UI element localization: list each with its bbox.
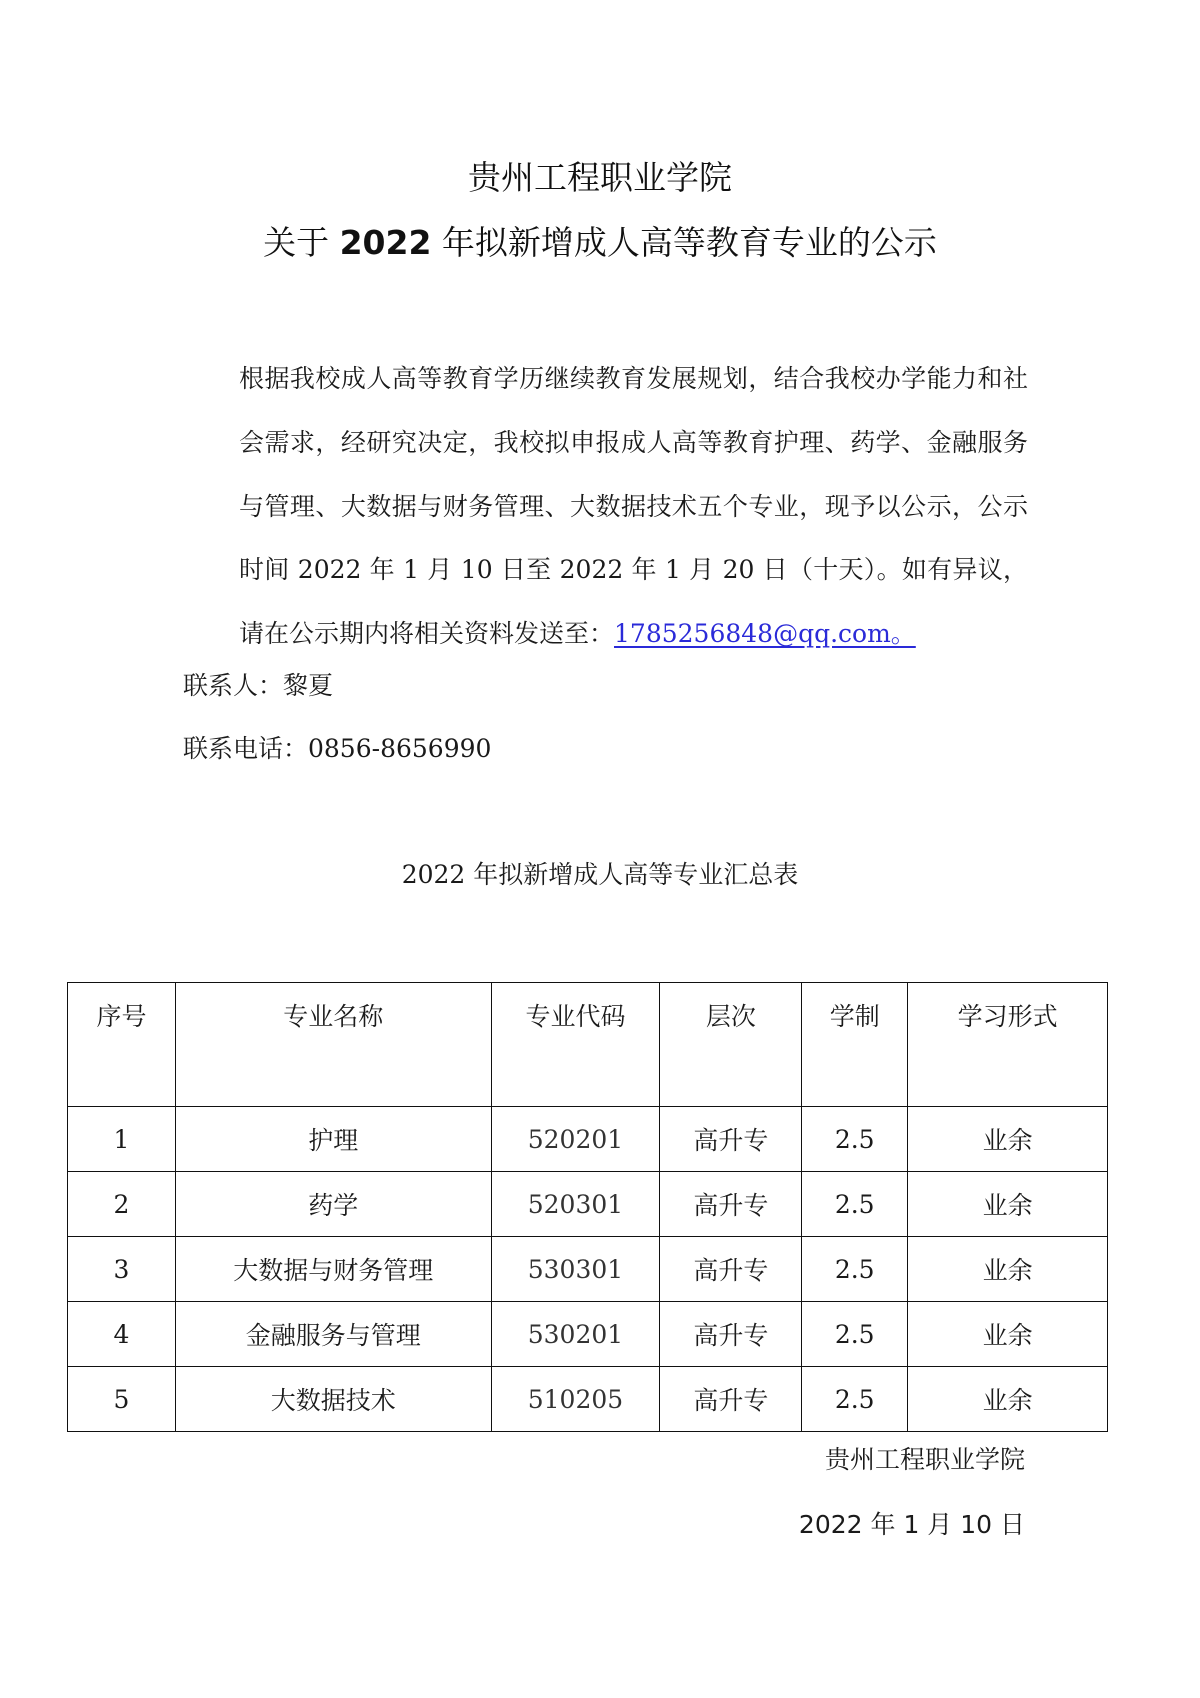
contact-person: 联系人：黎夏: [183, 666, 333, 706]
contact-phone: 联系电话：0856-8656990: [183, 729, 491, 769]
table-caption: 2022 年拟新增成人高等专业汇总表: [0, 855, 1200, 895]
cell-level: 高升专: [660, 1367, 802, 1432]
notice-document: 贵州工程职业学院 关于 2022 年拟新增成人高等教育专业的公示 根据我校成人高…: [0, 0, 1200, 1698]
cell-index: 1: [68, 1107, 176, 1172]
cell-index: 5: [68, 1367, 176, 1432]
table-row: 4 金融服务与管理 530201 高升专 2.5 业余: [68, 1302, 1108, 1367]
document-title-subject: 关于 2022 年拟新增成人高等教育专业的公示: [0, 223, 1200, 263]
cell-major-name: 大数据与财务管理: [175, 1237, 491, 1302]
cell-level: 高升专: [660, 1172, 802, 1237]
signature-date: 2022 年 1 月 10 日: [799, 1505, 1025, 1545]
cell-major-name: 金融服务与管理: [175, 1302, 491, 1367]
title-prefix: 关于: [263, 223, 340, 262]
cell-study-mode: 业余: [908, 1367, 1108, 1432]
cell-index: 4: [68, 1302, 176, 1367]
majors-summary-table: 序号 专业名称 专业代码 层次 学制 学习形式 1 护理 520201 高升专 …: [67, 982, 1108, 1432]
signature-organization: 贵州工程职业学院: [825, 1440, 1025, 1480]
cell-major-name: 护理: [175, 1107, 491, 1172]
title-year: 2022: [340, 223, 432, 262]
cell-study-mode: 业余: [908, 1172, 1108, 1237]
title-suffix: 年拟新增成人高等教育专业的公示: [431, 223, 937, 262]
cell-duration: 2.5: [802, 1172, 908, 1237]
column-header-major-code: 专业代码: [491, 983, 660, 1107]
cell-major-name: 药学: [175, 1172, 491, 1237]
table-row: 5 大数据技术 510205 高升专 2.5 业余: [68, 1367, 1108, 1432]
column-header-major-name: 专业名称: [175, 983, 491, 1107]
cell-level: 高升专: [660, 1237, 802, 1302]
table-row: 2 药学 520301 高升专 2.5 业余: [68, 1172, 1108, 1237]
notice-body: 根据我校成人高等教育学历继续教育发展规划，结合我校办学能力和社会需求，经研究决定…: [183, 347, 1028, 666]
document-title-institution: 贵州工程职业学院: [0, 158, 1200, 198]
cell-study-mode: 业余: [908, 1237, 1108, 1302]
cell-duration: 2.5: [802, 1237, 908, 1302]
cell-major-code: 520301: [491, 1172, 660, 1237]
cell-duration: 2.5: [802, 1367, 908, 1432]
cell-level: 高升专: [660, 1107, 802, 1172]
cell-major-name: 大数据技术: [175, 1367, 491, 1432]
cell-major-code: 520201: [491, 1107, 660, 1172]
table-row: 3 大数据与财务管理 530301 高升专 2.5 业余: [68, 1237, 1108, 1302]
table-row: 1 护理 520201 高升专 2.5 业余: [68, 1107, 1108, 1172]
cell-major-code: 530301: [491, 1237, 660, 1302]
cell-duration: 2.5: [802, 1302, 908, 1367]
cell-level: 高升专: [660, 1302, 802, 1367]
cell-index: 2: [68, 1172, 176, 1237]
notice-paragraph: 根据我校成人高等教育学历继续教育发展规划，结合我校办学能力和社会需求，经研究决定…: [183, 347, 1028, 666]
cell-duration: 2.5: [802, 1107, 908, 1172]
column-header-index: 序号: [68, 983, 176, 1107]
cell-study-mode: 业余: [908, 1107, 1108, 1172]
notice-paragraph-text: 根据我校成人高等教育学历继续教育发展规划，结合我校办学能力和社会需求，经研究决定…: [239, 364, 1028, 648]
column-header-level: 层次: [660, 983, 802, 1107]
column-header-study-mode: 学习形式: [908, 983, 1108, 1107]
cell-study-mode: 业余: [908, 1302, 1108, 1367]
email-link[interactable]: 1785256848@qq.com。: [614, 619, 916, 648]
table-header-row: 序号 专业名称 专业代码 层次 学制 学习形式: [68, 983, 1108, 1107]
column-header-duration: 学制: [802, 983, 908, 1107]
cell-major-code: 530201: [491, 1302, 660, 1367]
cell-index: 3: [68, 1237, 176, 1302]
cell-major-code: 510205: [491, 1367, 660, 1432]
